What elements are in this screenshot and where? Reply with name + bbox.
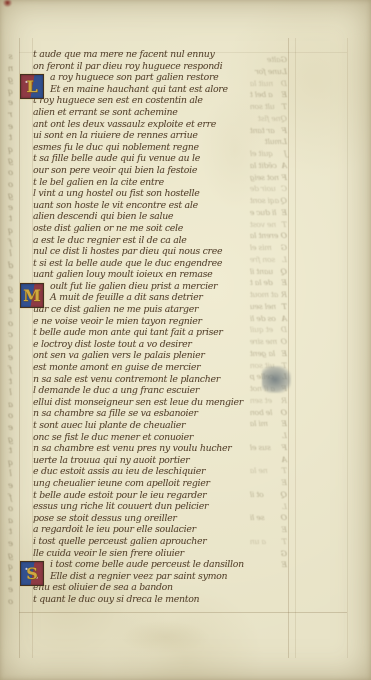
- showthrough-letter: e: [3, 122, 18, 134]
- grey-smudge-stain: [262, 366, 291, 393]
- showthrough-row: Qot il: [250, 489, 287, 501]
- showthrough-letter: T: [282, 219, 287, 231]
- showthrough-text: une for el: [250, 66, 282, 78]
- verse-line: l demande le duc a ung franc escuier: [33, 385, 263, 397]
- showthrough-row: Tnel seu: [250, 301, 287, 313]
- ruling-line-right-inner: [288, 38, 289, 658]
- showthrough-letter: l: [3, 469, 18, 481]
- showthrough-row: Dnuit la: [250, 78, 287, 90]
- verse-text-block: t aude que ma mere ne facent nul ennuyon…: [33, 49, 263, 606]
- showthrough-letter: G: [281, 548, 287, 560]
- showthrough-row: Ela gent: [250, 348, 287, 360]
- verse-line: ui sont en la riuiere de rennes arriue: [33, 130, 263, 142]
- verse-line: alien et errant se sont achemine: [33, 107, 263, 119]
- showthrough-row: Tult son: [250, 101, 287, 113]
- showthrough-letter: t: [3, 377, 18, 389]
- showthrough-letter: E: [281, 89, 287, 101]
- verse-line: i tost quelle perceust galien aproucher: [33, 536, 263, 548]
- showthrough-row: L: [250, 501, 287, 513]
- verse-line: essus ung riche lit couuert dun pelicier: [33, 501, 263, 513]
- showthrough-letter: F: [282, 172, 287, 184]
- manuscript-page: sngqeretqgoogetqfldegatocqeftlaoegtqlefo…: [0, 0, 371, 680]
- showthrough-letter: l: [3, 249, 18, 261]
- showthrough-row: Ea bel t: [250, 89, 287, 101]
- verse-line: a regardoit le ieu pour elle soulacier: [33, 524, 263, 536]
- verse-line: on feront il par dieu roy huguece respon…: [33, 61, 263, 73]
- showthrough-letter: o: [3, 319, 18, 331]
- showthrough-text: se li: [250, 512, 265, 524]
- showthrough-text: li duc e: [250, 207, 277, 219]
- showthrough-letter: o: [3, 168, 18, 180]
- showthrough-text: ar tant: [250, 125, 275, 137]
- showthrough-letter: t: [3, 133, 18, 145]
- verse-line: n sa sale est venu contremont le planche…: [33, 374, 263, 386]
- showthrough-letter: E: [281, 477, 287, 489]
- showthrough-letter: q: [3, 342, 18, 354]
- showthrough-row: Lune for el: [250, 66, 287, 78]
- showthrough-letter: s: [3, 52, 18, 64]
- showthrough-text: la gent: [250, 348, 275, 360]
- showthrough-letter: e: [3, 272, 18, 284]
- verse-line: t sont auec lui plante de cheualier: [33, 420, 263, 432]
- showthrough-letter: d: [3, 261, 18, 273]
- showthrough-row: Emi la: [250, 418, 287, 430]
- verse-line: nul ce dist li hostes par dieu qui nous …: [33, 246, 263, 258]
- verse-line: pose se stoit dessus ung oreiller: [33, 513, 263, 525]
- showthrough-letter: g: [3, 191, 18, 203]
- showthrough-text: le bon: [250, 407, 273, 419]
- showthrough-letter: q: [3, 458, 18, 470]
- showthrough-letter: q: [3, 562, 18, 574]
- verse-line: e ne voise veoir le mien tayon regnier: [33, 316, 263, 328]
- showthrough-row: Aos de li: [250, 313, 287, 325]
- showthrough-letter: A: [281, 160, 287, 172]
- showthrough-letter: t: [3, 527, 18, 539]
- showthrough-text: os de li: [250, 313, 276, 325]
- verse-line: Elle dist a regnier veez par saint symon: [50, 571, 263, 583]
- verse-line: uar ce dist galien ne me puis atarger: [33, 304, 263, 316]
- showthrough-letter: g: [3, 156, 18, 168]
- illuminated-initial: L: [20, 74, 44, 99]
- verse-line: a est le duc regnier est il de ca ale: [33, 235, 263, 247]
- showthrough-text: a un: [250, 536, 266, 548]
- showthrough-letter: t: [3, 446, 18, 458]
- showthrough-letter: t: [3, 574, 18, 586]
- verse-line: t si est la belle aude que le duc engend…: [33, 258, 263, 270]
- showthrough-row: Lmult adā: [250, 136, 287, 148]
- showthrough-text: cēdit la: [250, 160, 277, 172]
- showthrough-letter: T: [282, 301, 287, 313]
- showthrough-letter: o: [3, 504, 18, 516]
- verse-line: t quant le duc ouy si dreca le menton: [33, 594, 263, 606]
- showthrough-text: et quil: [250, 324, 273, 336]
- verse-line: alien descendi qui bien le salue: [33, 211, 263, 223]
- showthrough-text: nel seu: [250, 301, 276, 313]
- showthrough-letter: e: [3, 539, 18, 551]
- verse-line: n sa chambre sa fille se va esbanoier: [33, 408, 263, 420]
- showthrough-letter: t: [3, 214, 18, 226]
- parchment-mottle: [120, 620, 210, 654]
- showthrough-letter: A: [281, 313, 287, 325]
- left-showthrough-column: sngqeretqgoogetqfldegatocqeftlaoegtqlefo…: [3, 52, 18, 609]
- showthrough-letter: g: [3, 551, 18, 563]
- verse-line: ont sen va galien vers le palais plenier: [33, 350, 263, 362]
- showthrough-letter: e: [3, 98, 18, 110]
- showthrough-row: Cuoir de: [250, 183, 287, 195]
- showthrough-letter: A: [281, 454, 287, 466]
- showthrough-letter: g: [3, 435, 18, 447]
- showthrough-letter: n: [3, 64, 18, 76]
- showthrough-letter: q: [3, 145, 18, 157]
- showthrough-letter: L: [282, 66, 287, 78]
- showthrough-letter: t: [3, 307, 18, 319]
- showthrough-letter: O: [281, 230, 287, 242]
- verse-line: e duc estoit assis au ieu de leschiquier: [33, 466, 263, 478]
- showthrough-text: uant il: [250, 266, 273, 278]
- verse-line: l vint a ung hostel ou fist son hostelle: [33, 188, 263, 200]
- showthrough-letter: T: [282, 536, 287, 548]
- showthrough-row: A: [250, 454, 287, 466]
- showthrough-text: ult son: [250, 101, 275, 113]
- showthrough-row: Ole bon: [250, 407, 287, 419]
- showthrough-letter: g: [3, 284, 18, 296]
- showthrough-text: son fre: [250, 254, 275, 266]
- showthrough-letter: O: [281, 407, 287, 419]
- verse-line: e loctroy dist loste tout a vo desirer: [33, 339, 263, 351]
- showthrough-row: Lson fre: [250, 254, 287, 266]
- showthrough-letter: T: [282, 101, 287, 113]
- showthrough-letter: E: [281, 524, 287, 536]
- red-corner-speck: [3, 0, 12, 7]
- showthrough-text: de la t: [250, 277, 273, 289]
- showthrough-letter: D: [281, 78, 287, 90]
- verse-line: t belle aude mon ante qui tant fait a pr…: [33, 327, 263, 339]
- ruling-line-right-outer: [347, 38, 348, 658]
- showthrough-row: Eli duc e: [250, 207, 287, 219]
- showthrough-row: Quant il: [250, 266, 287, 278]
- showthrough-text: nuit la: [250, 78, 273, 90]
- showthrough-letter: f: [3, 493, 18, 505]
- showthrough-letter: o: [3, 597, 18, 609]
- showthrough-row: E: [250, 559, 287, 571]
- showthrough-letter: E: [281, 207, 287, 219]
- verse-line: t le bel galien en la cite entre: [33, 177, 263, 189]
- showthrough-row: Tne la: [250, 465, 287, 477]
- showthrough-letter: Q: [281, 113, 287, 125]
- showthrough-letter: F: [282, 125, 287, 137]
- showthrough-row: Galte mita: [250, 54, 287, 66]
- showthrough-letter: L: [282, 136, 287, 148]
- showthrough-letter: o: [3, 180, 18, 192]
- showthrough-row: Ome sire: [250, 336, 287, 348]
- showthrough-letter: L: [282, 430, 287, 442]
- showthrough-text: sus el: [250, 442, 271, 454]
- verse-line: a roy huguece son part galien restore: [50, 72, 263, 84]
- showthrough-letter: T: [282, 465, 287, 477]
- showthrough-row: Fnot seig: [250, 172, 287, 184]
- showthrough-letter: l: [3, 388, 18, 400]
- showthrough-row: Ede la t: [250, 277, 287, 289]
- showthrough-row: Tne vost: [250, 219, 287, 231]
- verse-line: esmes fu le duc qui noblement regne: [33, 142, 263, 154]
- showthrough-row: Gmis el: [250, 242, 287, 254]
- showthrough-letter: c: [3, 330, 18, 342]
- showthrough-letter: q: [3, 226, 18, 238]
- verse-line: t roy huguece sen est en costentin ale: [33, 95, 263, 107]
- showthrough-text: ne fist ce: [250, 113, 281, 125]
- showthrough-row: L: [250, 430, 287, 442]
- showthrough-text: alte mita: [250, 54, 281, 66]
- showthrough-letter: e: [3, 423, 18, 435]
- showthrough-letter: o: [3, 411, 18, 423]
- showthrough-text: ne vost: [250, 219, 276, 231]
- showthrough-row: Ret sen: [250, 395, 287, 407]
- showthrough-text: ne la: [250, 465, 268, 477]
- showthrough-text: uoir de: [250, 183, 276, 195]
- showthrough-letter: C: [281, 183, 287, 195]
- showthrough-letter: J: [284, 148, 287, 160]
- verse-line: ellui dist monseigneur sen est leue du m…: [33, 397, 263, 409]
- verse-line: our son pere veoir qui bien la festoie: [33, 165, 263, 177]
- verse-line: oste dist galien or ne me soit cele: [33, 223, 263, 235]
- showthrough-text: me sire: [250, 336, 277, 348]
- showthrough-letter: E: [281, 559, 287, 571]
- illuminated-initial: M: [20, 283, 44, 308]
- showthrough-letter: Q: [281, 489, 287, 501]
- showthrough-row: Qaqi sont: [250, 195, 287, 207]
- showthrough-letter: a: [3, 400, 18, 412]
- showthrough-letter: E: [281, 277, 287, 289]
- verse-line: Et en maine hauchant qui tant est alore: [50, 84, 263, 96]
- showthrough-letter: q: [3, 87, 18, 99]
- showthrough-text: aqi sont: [250, 195, 279, 207]
- showthrough-letter: f: [3, 365, 18, 377]
- showthrough-letter: e: [3, 585, 18, 597]
- verse-line: onc se fist le duc mener et conuoier: [33, 432, 263, 444]
- showthrough-text: a bel t: [250, 89, 273, 101]
- showthrough-text: not seig: [250, 172, 279, 184]
- showthrough-row: Ta un: [250, 536, 287, 548]
- showthrough-row: E: [250, 477, 287, 489]
- showthrough-text: erent la: [250, 230, 278, 242]
- showthrough-text: ot il: [250, 489, 264, 501]
- showthrough-letter: L: [282, 501, 287, 513]
- showthrough-row: Det quil: [250, 324, 287, 336]
- showthrough-letter: e: [3, 353, 18, 365]
- verse-line: i tost come belle aude perceust le dansi…: [50, 559, 263, 571]
- showthrough-text: at mout: [250, 289, 278, 301]
- showthrough-letter: a: [3, 295, 18, 307]
- showthrough-letter: R: [281, 395, 287, 407]
- showthrough-letter: g: [3, 75, 18, 87]
- showthrough-row: Far tant: [250, 125, 287, 137]
- illuminated-initial: S: [20, 561, 44, 586]
- showthrough-letter: E: [281, 348, 287, 360]
- showthrough-row: Rat mout: [250, 289, 287, 301]
- verse-line: lle cuida veoir le sien frere oliuier: [33, 548, 263, 560]
- showthrough-letter: e: [3, 481, 18, 493]
- verse-line: uerte la trouua qui ny auoit portier: [33, 455, 263, 467]
- showthrough-letter: O: [281, 512, 287, 524]
- showthrough-letter: L: [282, 254, 287, 266]
- showthrough-letter: f: [3, 238, 18, 250]
- showthrough-letter: G: [281, 242, 287, 254]
- verse-line: ant ont les deux vassaulz exploite et er…: [33, 119, 263, 131]
- showthrough-row: Ose li: [250, 512, 287, 524]
- showthrough-text: quit el: [250, 148, 273, 160]
- verse-line: est monte amont en guise de mercier: [33, 362, 263, 374]
- verse-line: uant son hoste le vit encontre est ale: [33, 200, 263, 212]
- showthrough-row: Jquit el: [250, 148, 287, 160]
- verse-line: n sa chambre est venu pres ny voulu huch…: [33, 443, 263, 455]
- ruling-line-bottom: [19, 612, 347, 613]
- showthrough-letter: r: [3, 110, 18, 122]
- showthrough-letter: F: [282, 442, 287, 454]
- verse-line: A muit de feuille a dit sans detrier: [50, 292, 263, 304]
- showthrough-letter: G: [281, 54, 287, 66]
- showthrough-letter: Q: [281, 266, 287, 278]
- showthrough-row: Fsus el: [250, 442, 287, 454]
- showthrough-letter: D: [281, 324, 287, 336]
- showthrough-text: mult adā: [250, 136, 282, 148]
- verse-line: ung cheualier ieune com apelloit regier: [33, 478, 263, 490]
- showthrough-letter: O: [281, 336, 287, 348]
- verse-line: t sa fille belle aude qui fu venue au le: [33, 153, 263, 165]
- showthrough-row: Qne fist ce: [250, 113, 287, 125]
- verse-line: enu est oliuier de sea a bandon: [33, 582, 263, 594]
- showthrough-text: et sen: [250, 395, 272, 407]
- showthrough-letter: a: [3, 516, 18, 528]
- verse-line: uant galien louy moult ioieux en remase: [33, 269, 263, 281]
- verse-line: oult fut lie galien dieu prist a mercier: [50, 281, 263, 293]
- right-showthrough-column: Galte mitaLune for elDnuit laEa bel tTul…: [250, 54, 287, 571]
- showthrough-letter: Q: [281, 195, 287, 207]
- verse-line: t aude que ma mere ne facent nul ennuy: [33, 49, 263, 61]
- verse-line: t belle aude estoit pour le ieu regarder: [33, 490, 263, 502]
- showthrough-row: Acēdit la: [250, 160, 287, 172]
- showthrough-row: G: [250, 548, 287, 560]
- showthrough-letter: e: [3, 203, 18, 215]
- showthrough-letter: R: [281, 289, 287, 301]
- showthrough-row: E: [250, 524, 287, 536]
- ruling-line-right-mid: [295, 38, 296, 658]
- showthrough-letter: E: [281, 418, 287, 430]
- showthrough-row: Oerent la: [250, 230, 287, 242]
- showthrough-text: mis el: [250, 242, 272, 254]
- showthrough-text: mi la: [250, 418, 268, 430]
